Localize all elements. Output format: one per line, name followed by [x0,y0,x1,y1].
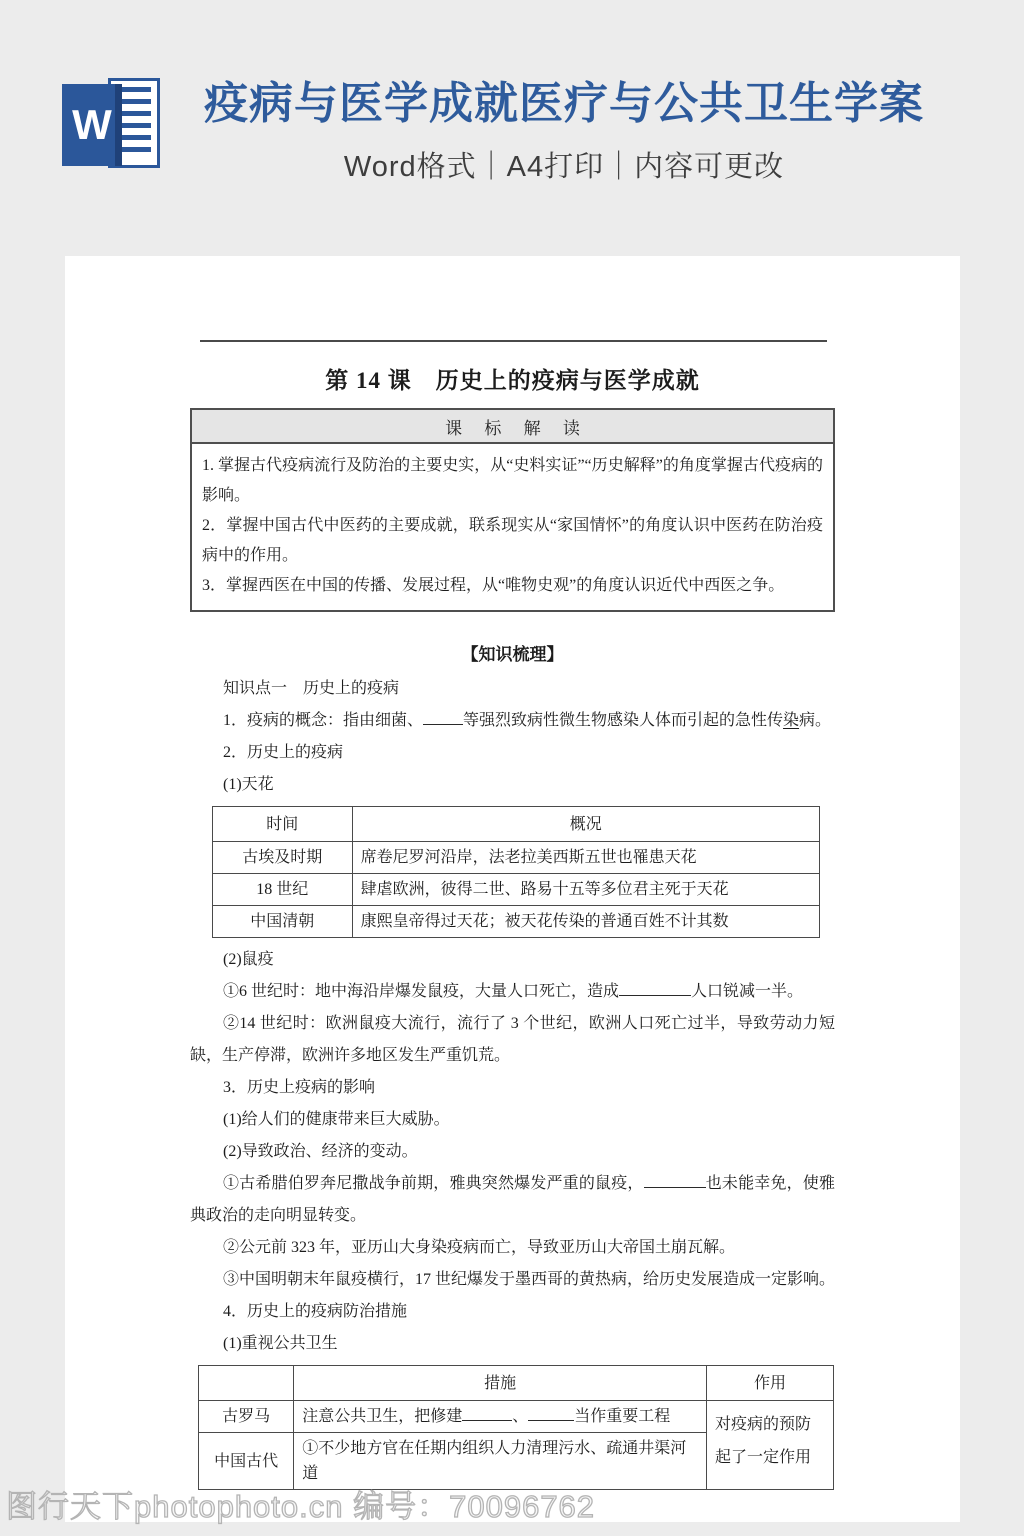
document-content: 第 14 课 历史上的疫病与医学成就 课 标 解 读 1. 掌握古代疫病流行及防… [190,340,835,1490]
paragraph: 知识点一 历史上的疫病 [190,673,835,705]
blank-line [619,990,691,996]
paragraph: 4．历史上的疫病防治措施 [190,1296,835,1328]
word-file-icon: W [62,76,166,178]
table-cell: 古埃及时期 [213,842,353,874]
header-titles: 疫病与医学成就医疗与公共卫生学案 Word格式｜A4打印｜内容可更改 [166,76,962,185]
table-cell: 古罗马 [199,1401,294,1433]
table-cell: 康熙皇帝得过天花；被天花传染的普通百姓不计其数 [352,906,819,938]
paragraph: ②14 世纪时：欧洲鼠疫大流行，流行了 3 个世纪，欧洲人口死亡过半，导致劳动力… [190,1008,835,1072]
paragraph: ①6 世纪时：地中海沿岸爆发鼠疫，大量人口死亡，造成人口锐减一半。 [190,976,835,1008]
paragraph: ①古希腊伯罗奔尼撒战争前期，雅典突然爆发严重的鼠疫，也未能幸免，使雅典政治的走向… [190,1168,835,1232]
knowledge-outline-header: 【知识梳理】 [190,640,835,665]
course-standard-box: 课 标 解 读 1. 掌握古代疫病流行及防治的主要史实，从“史料实证”“历史解释… [190,408,835,612]
site-header: W 疫病与医学成就医疗与公共卫生学案 Word格式｜A4打印｜内容可更改 [62,76,962,185]
word-icon-letter: W [72,101,112,149]
paragraph: ③中国明朝末年鼠疫横行，17 世纪爆发于墨西哥的黄热病，给历史发展造成一定影响。 [190,1264,835,1296]
table-cell: 18 世纪 [213,874,353,906]
paragraph: ②公元前 323 年，亚历山大身染疫病而亡，导致亚历山大帝国土崩瓦解。 [190,1232,835,1264]
smallpox-table: 时间概况古埃及时期席卷尼罗河沿岸，法老拉美西斯五世也罹患天花18 世纪肆虐欧洲，… [212,806,820,938]
paragraph: 3．历史上疫病的影响 [190,1072,835,1104]
table-header-cell [199,1366,294,1401]
standard-item: 1. 掌握古代疫病流行及防治的主要史实，从“史料实证”“历史解释”的角度掌握古代… [202,451,823,511]
table-header-row: 措施作用 [199,1366,834,1401]
table-header-cell: 时间 [213,807,353,842]
table-cell: 席卷尼罗河沿岸，法老拉美西斯五世也罹患天花 [352,842,819,874]
standard-item: 2．掌握中国古代中医药的主要成就，联系现实从“家国情怀”的角度认识中医药在防治疫… [202,511,823,571]
standard-item: 3．掌握西医在中国的传播、发展过程，从“唯物史观”的角度认识近代中西医之争。 [202,571,823,601]
page-title: 疫病与医学成就医疗与公共卫生学案 [166,78,962,130]
paragraph: (1)重视公共卫生 [190,1328,835,1360]
table-cell: 对疫病的预防起了一定作用 [707,1401,834,1490]
word-icon-page-lines [117,87,151,159]
document-page: 第 14 课 历史上的疫病与医学成就 课 标 解 读 1. 掌握古代疫病流行及防… [65,256,960,1522]
blank-line [528,1415,574,1421]
table-cell: 肆虐欧洲，彼得二世、路易十五等多位君主死于天花 [352,874,819,906]
blank-line [423,719,463,725]
table-cell: 中国清朝 [213,906,353,938]
table-header-cell: 措施 [294,1366,707,1401]
word-icon-square: W [62,84,122,166]
course-standard-body: 1. 掌握古代疫病流行及防治的主要史实，从“史料实证”“历史解释”的角度掌握古代… [192,444,833,610]
table-row: 古罗马注意公共卫生，把修建、当作重要工程对疫病的预防起了一定作用 [199,1401,834,1433]
lesson-title: 第 14 课 历史上的疫病与医学成就 [190,362,835,395]
watermark: 图行天下photophoto.cn 编号：70096762 [6,1481,595,1526]
table-row: 中国清朝康熙皇帝得过天花；被天花传染的普通百姓不计其数 [213,906,820,938]
page-subtitle: Word格式｜A4打印｜内容可更改 [166,144,962,185]
paragraph: (1)天花 [190,769,835,801]
paragraph: 2．历史上的疫病 [190,737,835,769]
table-cell: 注意公共卫生，把修建、当作重要工程 [294,1401,707,1433]
paragraph: (2)鼠疫 [190,944,835,976]
table-header-cell: 作用 [707,1366,834,1401]
blank-line [644,1182,706,1188]
course-standard-header: 课 标 解 读 [192,410,833,444]
divider-line [200,340,827,342]
public-health-table: 措施作用古罗马注意公共卫生，把修建、当作重要工程对疫病的预防起了一定作用中国古代… [198,1365,834,1490]
paragraph: (2)导致政治、经济的变动。 [190,1136,835,1168]
page-background: { "colors":{"accent_blue":"#2e5b9c","wor… [0,0,1024,1536]
blank-line [462,1415,512,1421]
table-row: 古埃及时期席卷尼罗河沿岸，法老拉美西斯五世也罹患天花 [213,842,820,874]
table-row: 18 世纪肆虐欧洲，彼得二世、路易十五等多位君主死于天花 [213,874,820,906]
paragraph: (1)给人们的健康带来巨大威胁。 [190,1104,835,1136]
table-header-cell: 概况 [352,807,819,842]
paragraph: 1．疫病的概念：指由细菌、等强烈致病性微生物感染人体而引起的急性传染病。 [190,705,835,737]
document-body-flow: 知识点一 历史上的疫病1．疫病的概念：指由细菌、等强烈致病性微生物感染人体而引起… [190,673,835,1490]
table-header-row: 时间概况 [213,807,820,842]
